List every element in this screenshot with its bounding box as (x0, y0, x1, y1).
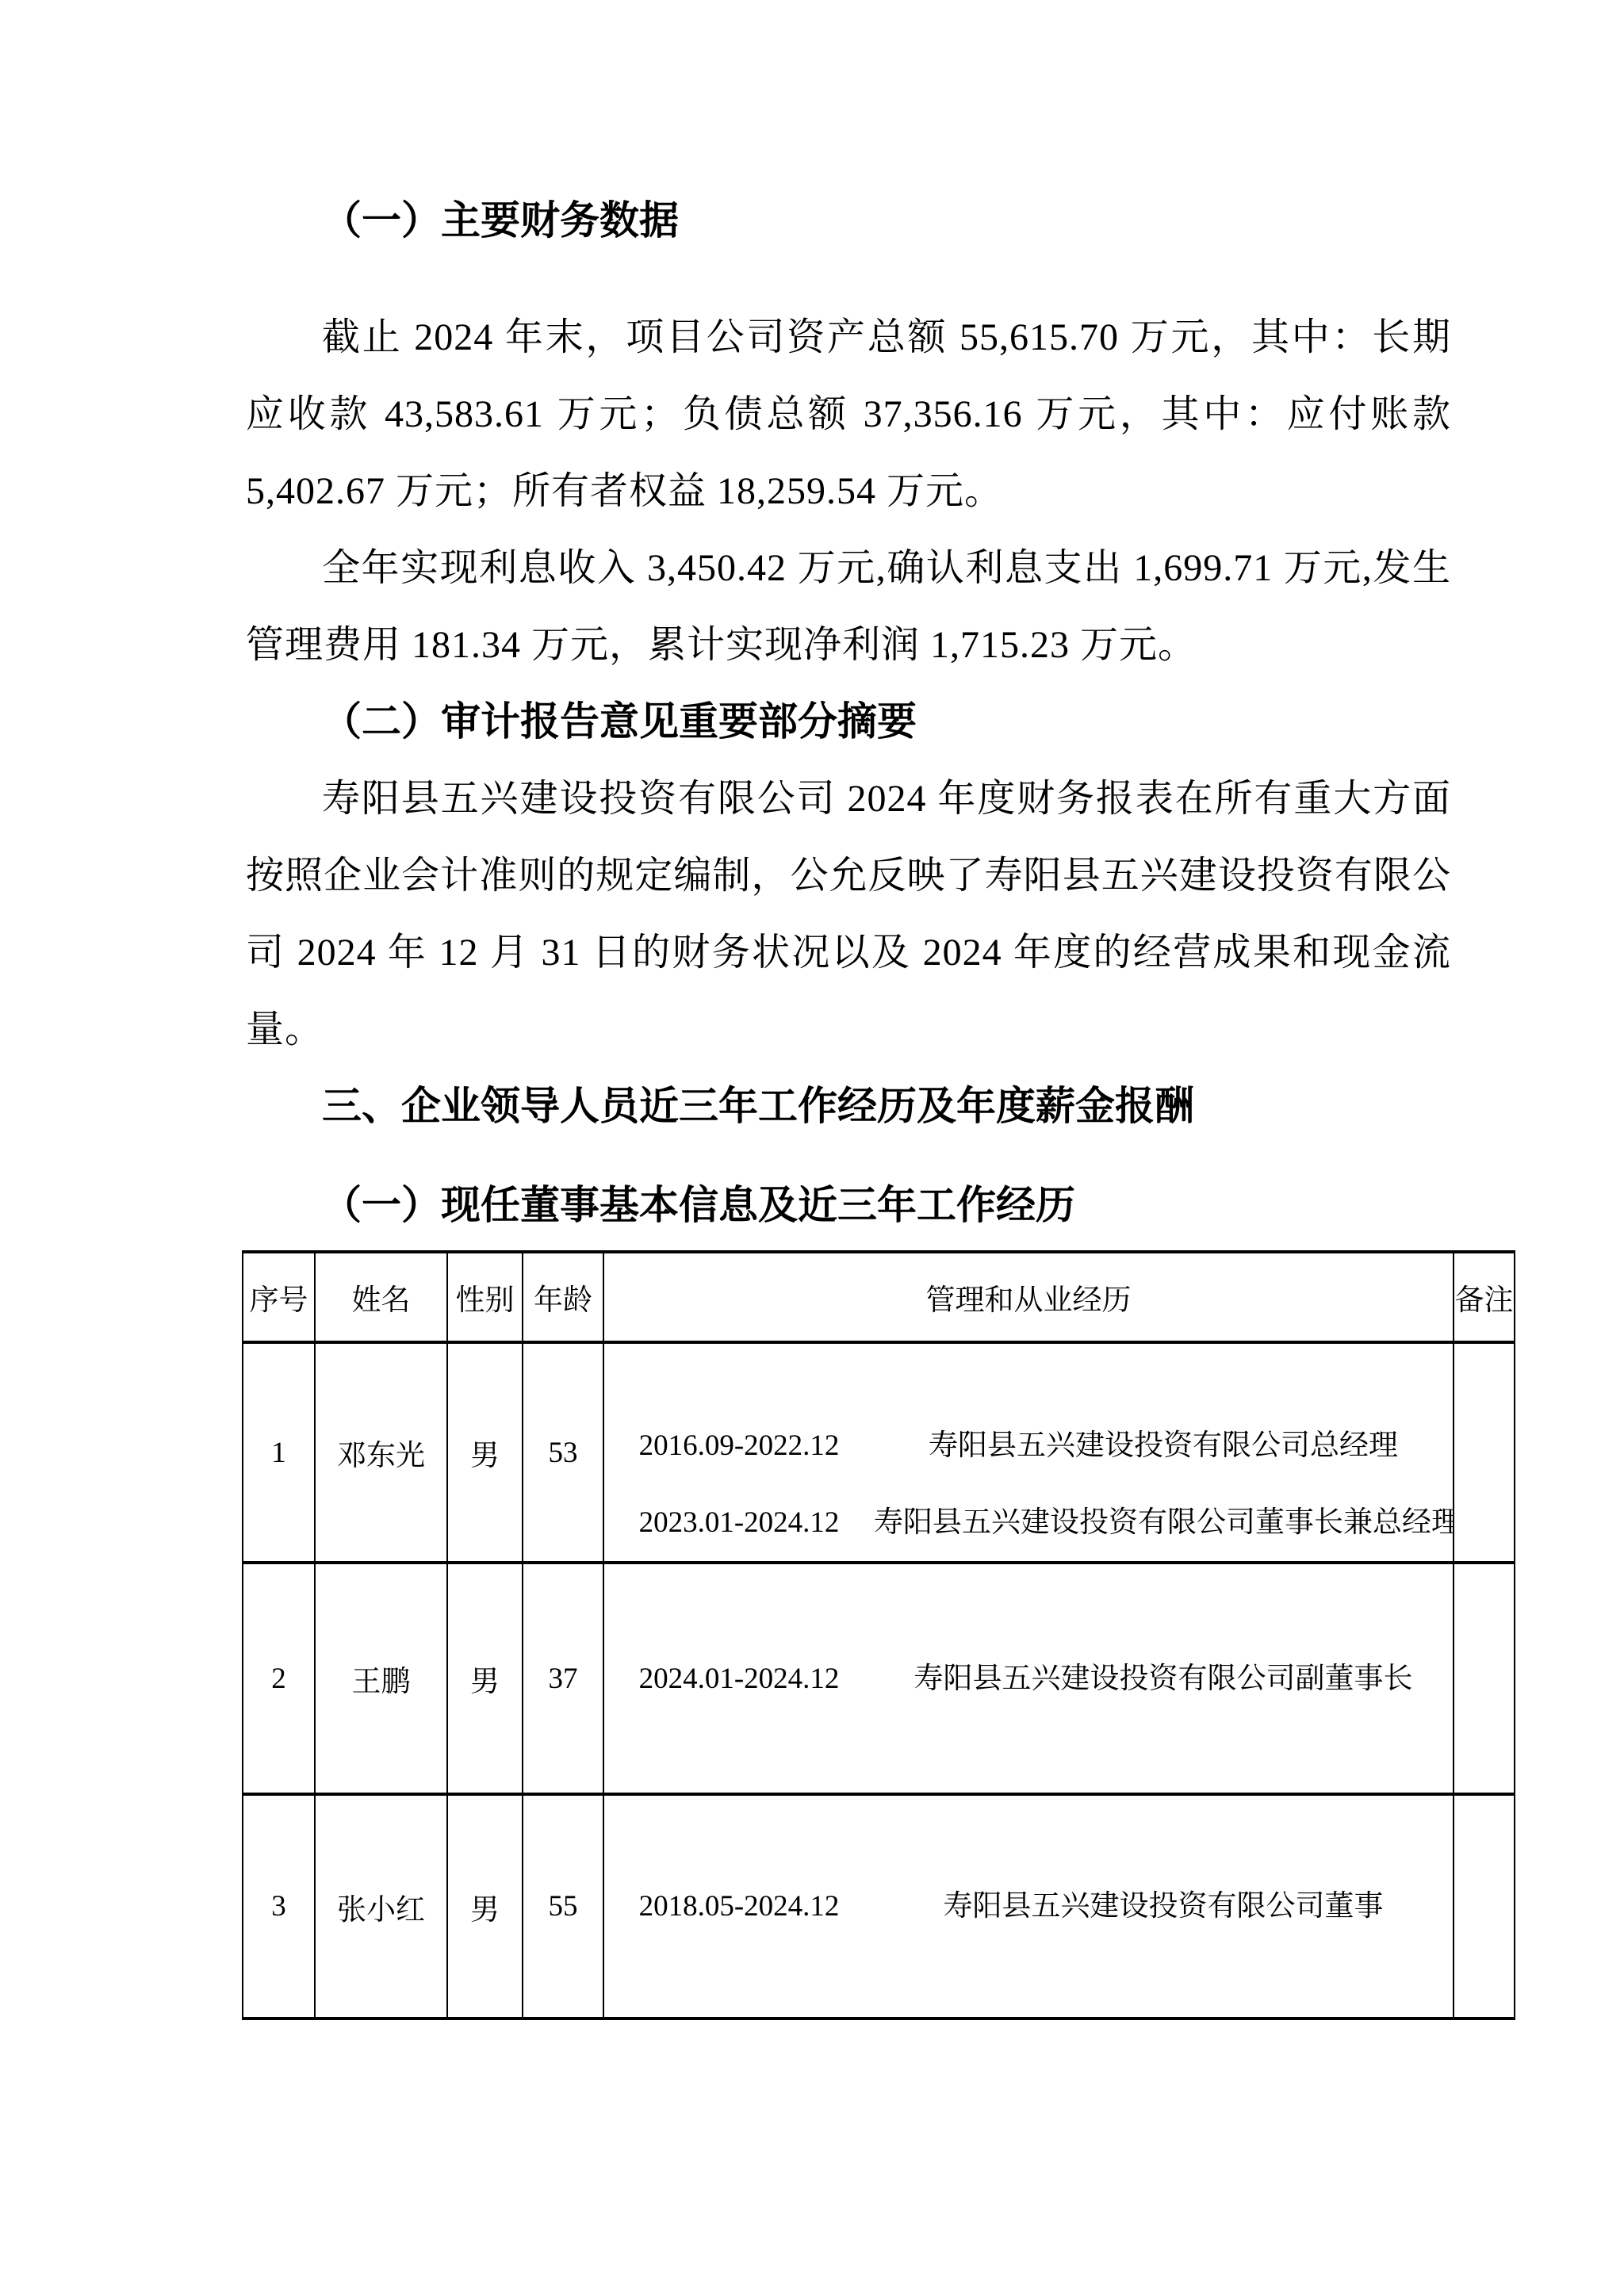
experience-list: 2018.05-2024.12 寿阳县五兴建设投资有限公司董事 (604, 1885, 1453, 1928)
col-header-name: 姓名 (315, 1252, 447, 1342)
experience-entry: 2018.05-2024.12 寿阳县五兴建设投资有限公司董事 (604, 1885, 1453, 1928)
cell-index: 2 (243, 1563, 315, 1794)
experience-entry: 2024.01-2024.12 寿阳县五兴建设投资有限公司副董事长 (604, 1657, 1453, 1701)
cell-gender: 男 (447, 1342, 523, 1563)
experience-role: 寿阳县五兴建设投资有限公司董事 (874, 1885, 1453, 1928)
col-header-age: 年龄 (523, 1252, 603, 1342)
col-header-experience: 管理和从业经历 (603, 1252, 1454, 1342)
experience-list: 2024.01-2024.12 寿阳县五兴建设投资有限公司副董事长 (604, 1657, 1453, 1701)
experience-role: 寿阳县五兴建设投资有限公司总经理 (874, 1424, 1453, 1468)
experience-role: 寿阳县五兴建设投资有限公司董事长兼总经理 (874, 1501, 1454, 1544)
table-row: 2 王鹏 男 37 2024.01-2024.12 寿阳县五兴建设投资有限公司副… (243, 1563, 1515, 1794)
experience-period: 2023.01-2024.12 (604, 1501, 874, 1544)
col-header-index: 序号 (243, 1252, 315, 1342)
experience-period: 2024.01-2024.12 (604, 1657, 874, 1701)
experience-entry: 2023.01-2024.12 寿阳县五兴建设投资有限公司董事长兼总经理 (604, 1501, 1453, 1544)
paragraph-profit-summary: 全年实现利息收入 3,450.42 万元,确认利息支出 1,699.71 万元,… (246, 530, 1451, 683)
directors-table: 序号 姓名 性别 年龄 管理和从业经历 备注 1 邓东光 男 53 2016.0… (242, 1250, 1515, 2020)
cell-note (1454, 1563, 1515, 1794)
experience-period: 2016.09-2022.12 (604, 1424, 874, 1468)
experience-list: 2016.09-2022.12 寿阳县五兴建设投资有限公司总经理 2023.01… (604, 1424, 1453, 1544)
section-heading-directors: （一）现任董事基本信息及近三年工作经历 (246, 1167, 1451, 1244)
cell-experience: 2018.05-2024.12 寿阳县五兴建设投资有限公司董事 (603, 1794, 1454, 2019)
table-header-row: 序号 姓名 性别 年龄 管理和从业经历 备注 (243, 1252, 1515, 1342)
section-heading-audit-opinion: （二）审计报告意见重要部分摘要 (246, 683, 1451, 760)
cell-name: 邓东光 (315, 1342, 447, 1563)
col-header-note: 备注 (1454, 1252, 1515, 1342)
cell-index: 3 (243, 1794, 315, 2019)
cell-name: 张小红 (315, 1794, 447, 2019)
cell-age: 55 (523, 1794, 603, 2019)
experience-entry: 2016.09-2022.12 寿阳县五兴建设投资有限公司总经理 (604, 1424, 1453, 1468)
cell-age: 37 (523, 1563, 603, 1794)
table-row: 3 张小红 男 55 2018.05-2024.12 寿阳县五兴建设投资有限公司… (243, 1794, 1515, 2019)
document-page: （一）主要财务数据 截止 2024 年末，项目公司资产总额 55,615.70 … (0, 0, 1624, 2296)
cell-gender: 男 (447, 1563, 523, 1794)
cell-age: 53 (523, 1342, 603, 1563)
cell-experience: 2024.01-2024.12 寿阳县五兴建设投资有限公司副董事长 (603, 1563, 1454, 1794)
section-heading-leaders: 三、企业领导人员近三年工作经历及年度薪金报酬 (246, 1068, 1451, 1145)
paragraph-financial-summary: 截止 2024 年末，项目公司资产总额 55,615.70 万元，其中：长期应收… (246, 299, 1451, 530)
section-heading-financial-data: （一）主要财务数据 (246, 182, 1451, 259)
col-header-gender: 性别 (447, 1252, 523, 1342)
experience-role: 寿阳县五兴建设投资有限公司副董事长 (874, 1657, 1453, 1701)
cell-gender: 男 (447, 1794, 523, 2019)
cell-note (1454, 1342, 1515, 1563)
table-row: 1 邓东光 男 53 2016.09-2022.12 寿阳县五兴建设投资有限公司… (243, 1342, 1515, 1563)
cell-index: 1 (243, 1342, 315, 1563)
experience-period: 2018.05-2024.12 (604, 1885, 874, 1928)
cell-note (1454, 1794, 1515, 2019)
cell-name: 王鹏 (315, 1563, 447, 1794)
cell-experience: 2016.09-2022.12 寿阳县五兴建设投资有限公司总经理 2023.01… (603, 1342, 1454, 1563)
paragraph-audit-opinion: 寿阳县五兴建设投资有限公司 2024 年度财务报表在所有重大方面按照企业会计准则… (246, 760, 1451, 1068)
